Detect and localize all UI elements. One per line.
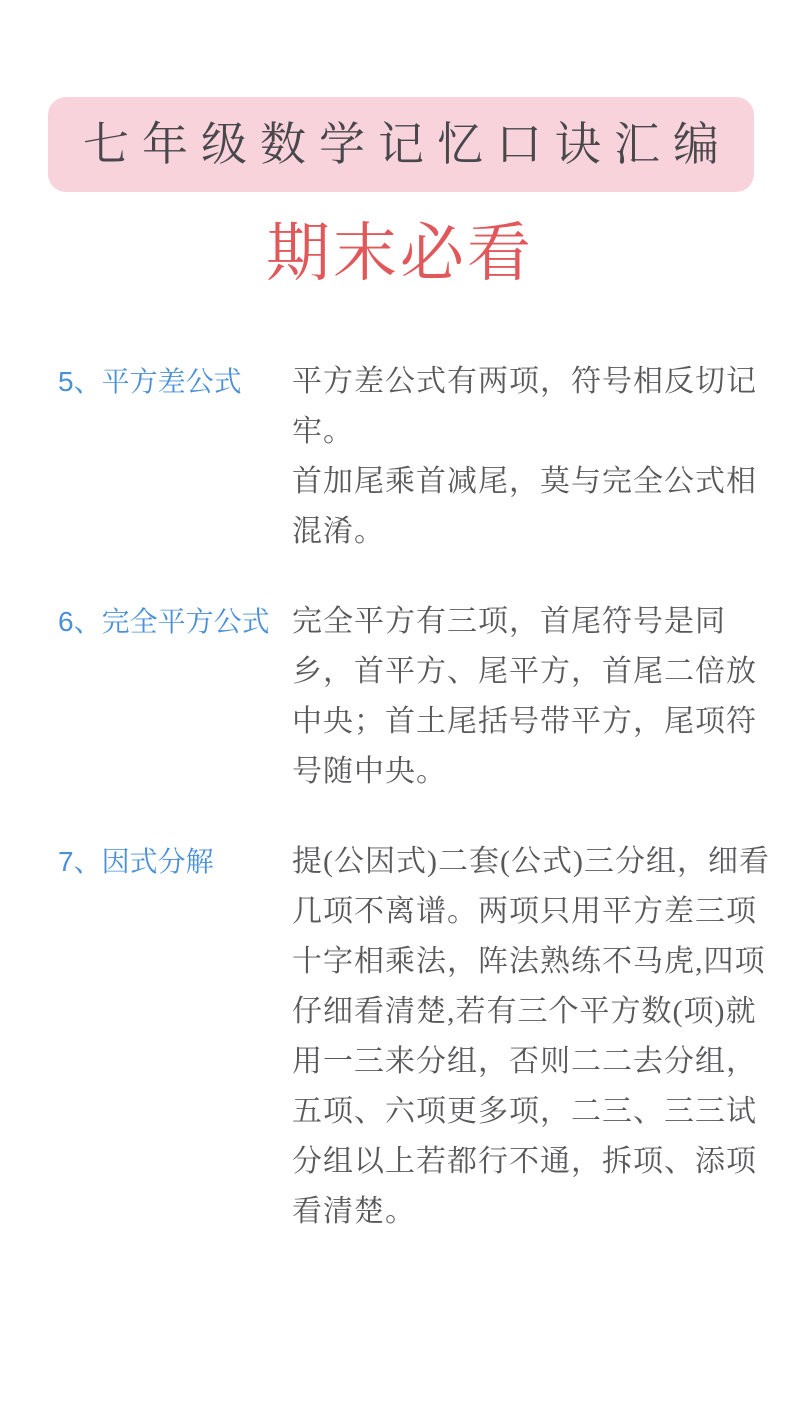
section-body: 完全平方有三项，首尾符号是同 乡，首平方、尾平方，首尾二倍放 中央；首土尾括号带… (292, 597, 760, 797)
body-line: 十字相乘法，阵法熟练不马虎,四项 (292, 937, 770, 987)
body-line: 混淆。 (292, 507, 760, 557)
sections-list: 5、平方差公式 平方差公式有两项，符号相反切记 牢。 首加尾乘首减尾，莫与完全公… (0, 357, 800, 1237)
page-subtitle: 期末必看 (0, 212, 800, 296)
section-heading: 7、因式分解 (58, 837, 292, 887)
body-line: 看清楚。 (292, 1187, 770, 1237)
body-line: 五项、六项更多项，二三、三三试 (292, 1087, 770, 1137)
section-body: 平方差公式有两项，符号相反切记 牢。 首加尾乘首减尾，莫与完全公式相 混淆。 (292, 357, 760, 557)
page: 七年级数学记忆口诀汇编 期末必看 5、平方差公式 平方差公式有两项，符号相反切记… (0, 0, 800, 1422)
body-line: 几项不离谱。两项只用平方差三项 (292, 887, 770, 937)
body-line: 乡，首平方、尾平方，首尾二倍放 (292, 647, 760, 697)
body-line: 提(公因式)二套(公式)三分组，细看 (292, 837, 770, 887)
body-line: 用一三来分组，否则二二去分组， (292, 1037, 770, 1087)
body-line: 中央；首土尾括号带平方，尾项符 (292, 697, 760, 747)
section-perfect-square: 6、完全平方公式 完全平方有三项，首尾符号是同 乡，首平方、尾平方，首尾二倍放 … (58, 597, 760, 797)
section-heading: 5、平方差公式 (58, 357, 292, 407)
section-difference-of-squares: 5、平方差公式 平方差公式有两项，符号相反切记 牢。 首加尾乘首减尾，莫与完全公… (58, 357, 760, 557)
page-title: 七年级数学记忆口诀汇编 (70, 97, 732, 192)
body-line: 号随中央。 (292, 747, 760, 797)
body-line: 完全平方有三项，首尾符号是同 (292, 597, 760, 647)
section-body: 提(公因式)二套(公式)三分组，细看 几项不离谱。两项只用平方差三项 十字相乘法… (292, 837, 770, 1237)
body-line: 牢。 (292, 407, 760, 457)
body-line: 首加尾乘首减尾，莫与完全公式相 (292, 457, 760, 507)
section-heading: 6、完全平方公式 (58, 597, 292, 647)
section-factorization: 7、因式分解 提(公因式)二套(公式)三分组，细看 几项不离谱。两项只用平方差三… (58, 837, 760, 1237)
body-line: 仔细看清楚,若有三个平方数(项)就 (292, 987, 770, 1037)
body-line: 分组以上若都行不通，拆项、添项 (292, 1137, 770, 1187)
title-banner: 七年级数学记忆口诀汇编 (48, 97, 754, 192)
body-line: 平方差公式有两项，符号相反切记 (292, 357, 760, 407)
